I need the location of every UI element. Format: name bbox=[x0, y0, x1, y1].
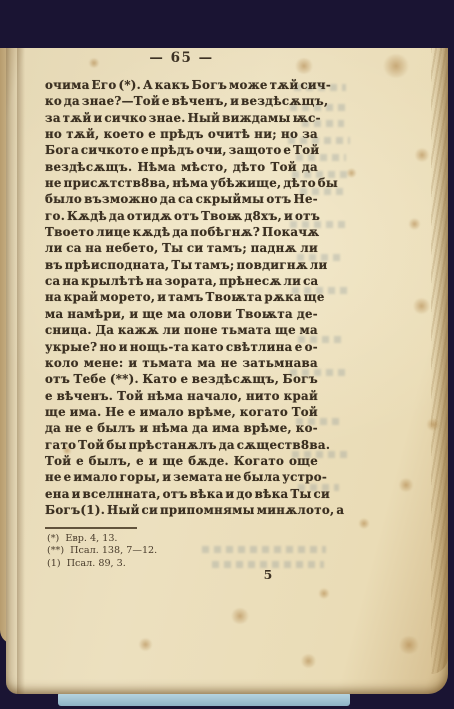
foxing-spot bbox=[412, 298, 431, 314]
fore-edge-page-stack bbox=[431, 14, 448, 674]
body-line: въ прѣисподната, Ты тамъ; повдигнѫ ли bbox=[45, 257, 318, 273]
body-line: Твоето лице кѫдѣ да побѣгнѫ? Покачѫ bbox=[45, 224, 318, 240]
blue-cover-edge bbox=[58, 692, 350, 706]
body-line: очима Его (*). А какъ Богъ може тѫй сич- bbox=[45, 77, 318, 93]
foxing-spot bbox=[398, 478, 414, 492]
body-line: ма намѣри, и ще ма олови Твоѭта де- bbox=[45, 306, 318, 322]
foxing-spot bbox=[138, 638, 153, 651]
foxing-spot bbox=[230, 608, 250, 624]
body-line: Богъ(1). Ный си припомнямы минѫлото, а bbox=[45, 502, 318, 518]
body-line: не присѫтств8ва, нѣма убѣжище, дѣто бы bbox=[45, 175, 318, 191]
body-line: не е имало горы, и земата не была устро- bbox=[45, 469, 318, 485]
foxing-spot bbox=[426, 418, 440, 431]
footnote-separator bbox=[45, 527, 137, 529]
body-line: за тѫй и сичко знае. Ный виждамы ѭс- bbox=[45, 110, 318, 126]
body-line: отъ Тебе (**). Като е вездѣсѫщъ, Богъ bbox=[45, 371, 318, 387]
body-line: го. Кѫдѣ да отидѫ отъ Твоѭ д8хъ, и отъ bbox=[45, 208, 318, 224]
foxing-spot bbox=[358, 518, 370, 529]
footnote-line: (*) Евр. 4, 13. bbox=[47, 533, 320, 545]
body-line: на край морето, и тамъ Твоѭта рѫка ще bbox=[45, 289, 318, 305]
body-text: очима Его (*). А какъ Богъ може тѫй сич-… bbox=[45, 77, 318, 518]
body-line: коло мене: и тьмата ма не затьмнава bbox=[45, 355, 318, 371]
body-line: было възможно да са скрыймы отъ Не- bbox=[45, 191, 318, 207]
footnote-line: (**) Псал. 138, 7—12. bbox=[47, 545, 320, 557]
foxing-spot bbox=[398, 636, 420, 654]
body-line: гато Той бы прѣстанѫлъ да сѫществ8ва. bbox=[45, 437, 318, 453]
body-line: сница. Да кажѫ ли поне тьмата ще ма bbox=[45, 322, 318, 338]
body-line: но тѫй, което е прѣдъ очитѣ ни; но за bbox=[45, 126, 318, 142]
page-number-header: — 65 — bbox=[45, 50, 318, 66]
foxing-spot bbox=[318, 588, 330, 599]
body-line: ена и вселнната, отъ вѣка и до вѣка Ты с… bbox=[45, 486, 318, 502]
body-line: са на крылѣтѣ на зората, прѣнесѫ ли са bbox=[45, 273, 318, 289]
body-line: ли са на небето, Ты си тамъ; паднѫ ли bbox=[45, 240, 318, 256]
book-page: — 65 — очима Его (*). А какъ Богъ може т… bbox=[6, 6, 448, 694]
footnote-line: (1) Псал. 89, 3. bbox=[47, 558, 320, 570]
torn-top-edge bbox=[0, 0, 454, 48]
spine-crease bbox=[17, 6, 25, 694]
footnotes: (*) Евр. 4, 13.(**) Псал. 138, 7—12.(1) … bbox=[47, 533, 320, 570]
signature-mark: 5 bbox=[258, 567, 278, 582]
book-photo: — 65 — очима Его (*). А какъ Богъ може т… bbox=[0, 0, 454, 709]
foxing-spot bbox=[408, 218, 421, 230]
body-line: Той е былъ, е и ще бѫде. Когато още bbox=[45, 453, 318, 469]
body-line: укрые? но и нощь-та като свѣтлина е о- bbox=[45, 339, 318, 355]
foxing-spot bbox=[300, 654, 317, 668]
foxing-spot bbox=[414, 148, 430, 162]
body-line: ще има. Не е имало врѣме, когато Той bbox=[45, 404, 318, 420]
body-line: Бога сичкото е прѣдъ очи, защото е Той bbox=[45, 142, 318, 158]
body-line: вездѣсѫщъ. Нѣма мѣсто, дѣто Той да bbox=[45, 159, 318, 175]
body-line: е вѣченъ. Той нѣма начало, нито край bbox=[45, 388, 318, 404]
foxing-spot bbox=[382, 54, 410, 78]
body-line: да не е былъ и нѣма да има врѣме, ко- bbox=[45, 420, 318, 436]
foxing-spot bbox=[346, 168, 357, 178]
body-line: ко да знае?—Той е вѣченъ, и вездѣсѫщъ, bbox=[45, 93, 318, 109]
